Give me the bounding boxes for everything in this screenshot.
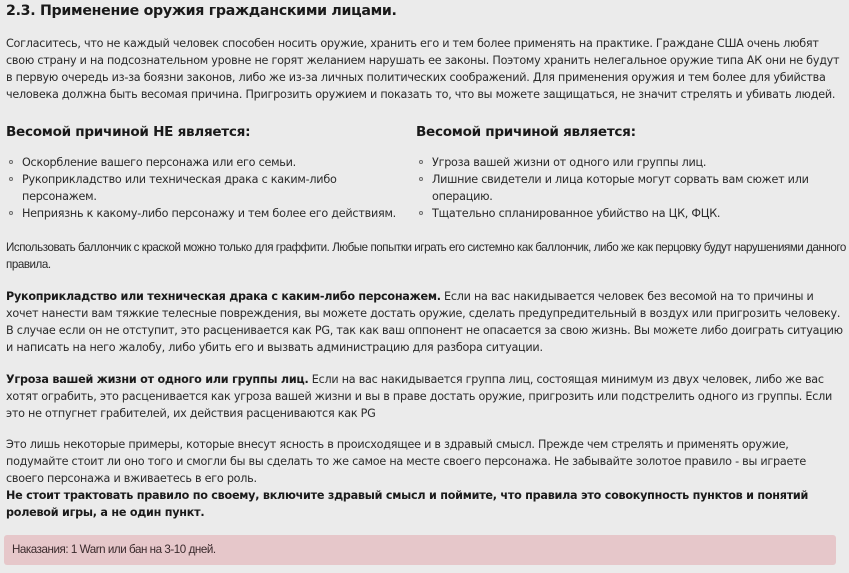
list-item: Тщательно спланированное убийство на ЦК,… xyxy=(416,205,816,222)
intro-paragraph: Согласитесь, что не каждый человек спосо… xyxy=(6,35,847,103)
section-title: 2.3. Применение оружия гражданскими лица… xyxy=(6,3,397,20)
not-valid-heading: Весомой причиной НЕ является: xyxy=(6,122,406,142)
fight-case-paragraph: Рукоприкладство или техническая драка с … xyxy=(6,288,847,356)
penalty-notice: Наказания: 1 Warn или бан на 3-10 дней. xyxy=(4,535,836,565)
outro-text: Это лишь некоторые примеры, которые внес… xyxy=(6,438,806,485)
not-valid-list: Оскорбление вашего персонажа или его сем… xyxy=(6,154,406,222)
list-item: Рукоприкладство или техническая драка с … xyxy=(6,171,406,205)
fight-case-title: Рукоприкладство или техническая драка с … xyxy=(6,290,441,303)
list-item: Оскорбление вашего персонажа или его сем… xyxy=(6,154,406,171)
threat-case-paragraph: Угроза вашей жизни от одного или группы … xyxy=(6,371,847,422)
circle-bullet-icon xyxy=(9,211,13,215)
outro-paragraph: Это лишь некоторые примеры, которые внес… xyxy=(6,436,847,521)
valid-list: Угроза вашей жизни от одного или группы … xyxy=(416,154,816,222)
outro-emphasis: Не стоит трактовать правило по своему, в… xyxy=(6,489,808,519)
threat-case-title: Угроза вашей жизни от одного или группы … xyxy=(6,373,308,386)
not-valid-reasons: Весомой причиной НЕ является: Оскорблени… xyxy=(6,122,406,222)
circle-bullet-icon xyxy=(9,160,13,164)
list-item: Лишние свидетели и лица которые могут со… xyxy=(416,171,816,205)
rules-section: 2.3. Применение оружия гражданскими лица… xyxy=(0,0,849,573)
circle-bullet-icon xyxy=(9,177,13,181)
spray-paint-paragraph: Использовать баллончик с краской можно т… xyxy=(6,239,847,273)
list-item: Неприязнь к какому-либо персонажу и тем … xyxy=(6,205,406,222)
valid-heading: Весомой причиной является: xyxy=(416,122,816,142)
circle-bullet-icon xyxy=(419,160,423,164)
list-item: Угроза вашей жизни от одного или группы … xyxy=(416,154,816,171)
circle-bullet-icon xyxy=(419,211,423,215)
circle-bullet-icon xyxy=(419,177,423,181)
valid-reasons: Весомой причиной является: Угроза вашей … xyxy=(416,122,816,222)
